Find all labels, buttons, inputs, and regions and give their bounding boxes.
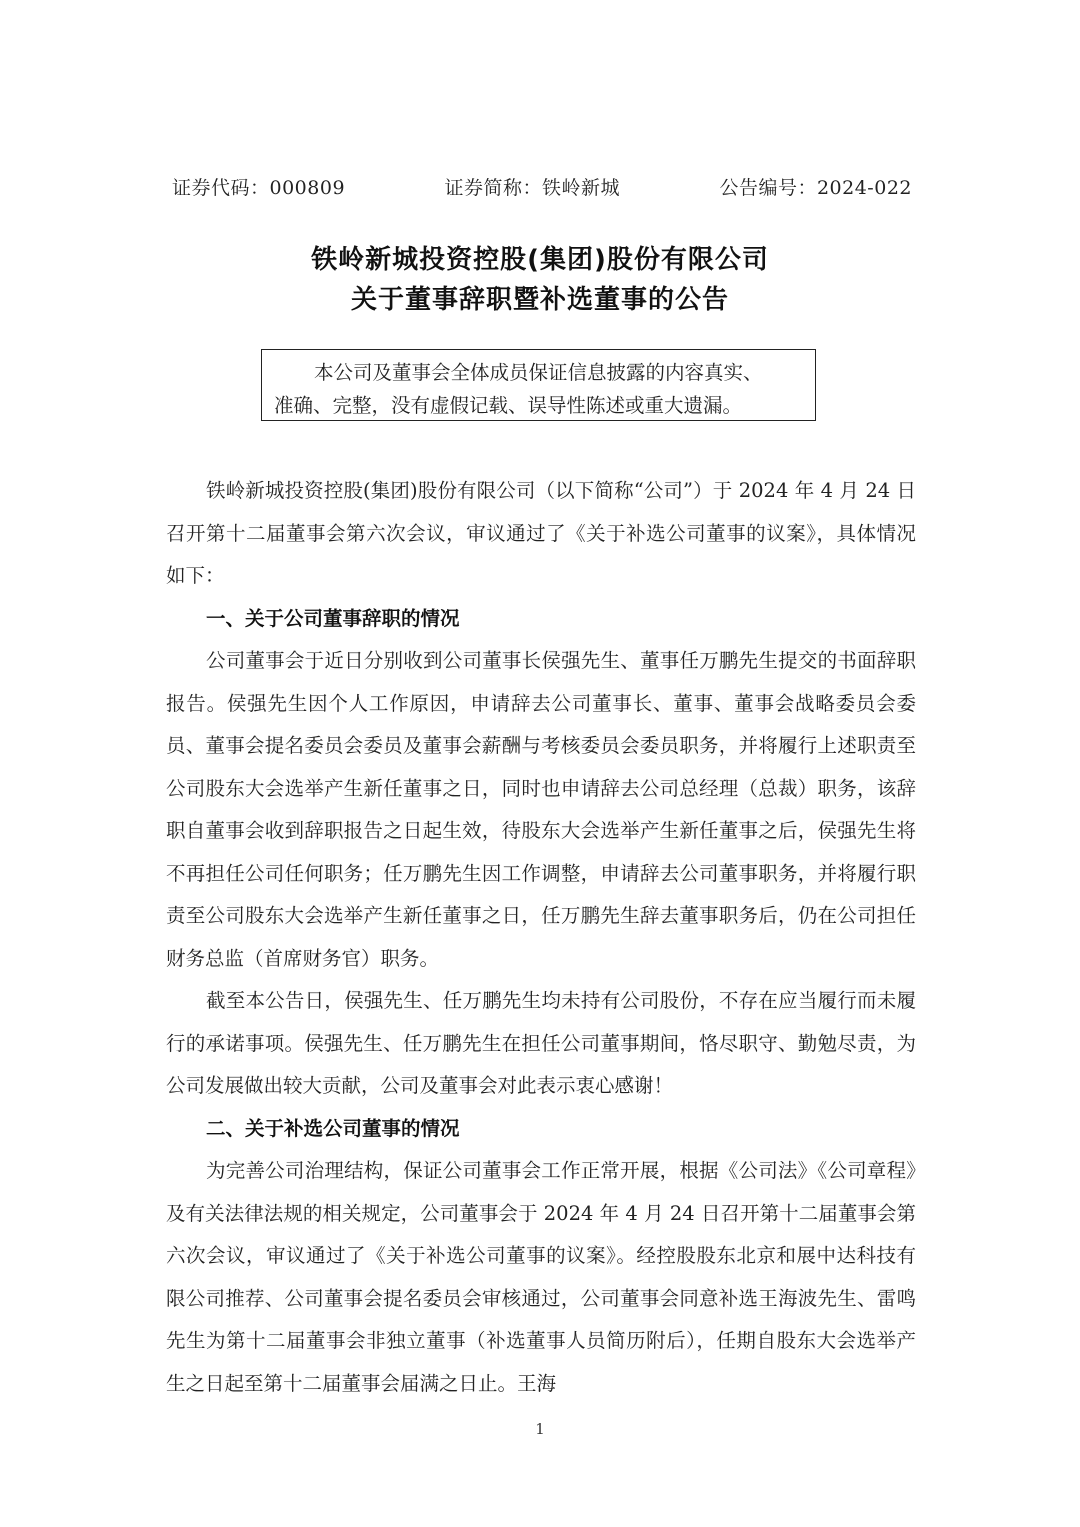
section-2-heading: 二、关于补选公司董事的情况	[166, 1108, 916, 1151]
disclosure-notice-box: 本公司及董事会全体成员保证信息披露的内容真实、 准确、完整，没有虚假记载、误导性…	[261, 349, 816, 421]
stock-abbreviation: 证券简称：铁岭新城	[444, 172, 620, 204]
stock-code: 证券代码：000809	[172, 172, 345, 204]
section-2-paragraph-1: 为完善公司治理结构，保证公司董事会工作正常开展，根据《公司法》《公司章程》及有关…	[166, 1150, 916, 1405]
document-body: 铁岭新城投资控股(集团)股份有限公司（以下简称“公司”）于 2024 年 4 月…	[166, 470, 916, 1405]
announcement-number: 公告编号：2024-022	[719, 172, 912, 204]
notice-line-2: 准确、完整，没有虚假记载、误导性陈述或重大遗漏。	[274, 389, 803, 422]
notice-line-1: 本公司及董事会全体成员保证信息披露的内容真实、	[274, 356, 803, 389]
title-subject: 关于董事辞职暨补选董事的公告	[0, 280, 1080, 320]
section-1-paragraph-1: 公司董事会于近日分别收到公司董事长侯强先生、董事任万鹏先生提交的书面辞职报告。侯…	[166, 640, 916, 980]
document-title: 铁岭新城投资控股(集团)股份有限公司 关于董事辞职暨补选董事的公告	[0, 240, 1080, 320]
page-number: 1	[0, 1420, 1080, 1438]
intro-paragraph: 铁岭新城投资控股(集团)股份有限公司（以下简称“公司”）于 2024 年 4 月…	[166, 470, 916, 598]
title-company: 铁岭新城投资控股(集团)股份有限公司	[0, 240, 1080, 280]
document-header: 证券代码：000809 证券简称：铁岭新城 公告编号：2024-022	[172, 172, 912, 204]
section-1-heading: 一、关于公司董事辞职的情况	[166, 598, 916, 641]
section-1-paragraph-2: 截至本公告日，侯强先生、任万鹏先生均未持有公司股份，不存在应当履行而未履行的承诺…	[166, 980, 916, 1108]
